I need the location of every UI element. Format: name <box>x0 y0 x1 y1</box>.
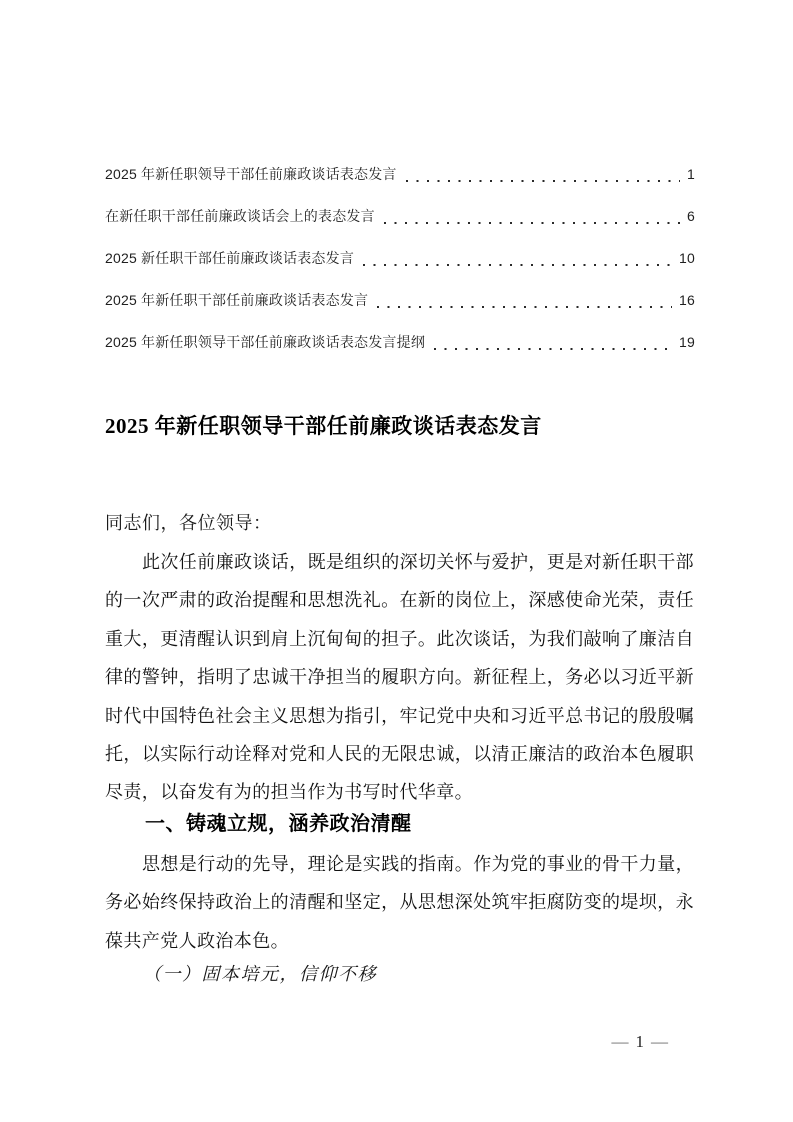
toc-entry[interactable]: 2025 年新任职领导干部任前廉政谈话表态发言提纲 19 <box>105 321 695 363</box>
toc-page-number: 1 <box>687 166 695 182</box>
toc-entry[interactable]: 2025 年新任职干部任前廉政谈话表态发言 16 <box>105 279 695 321</box>
toc-entry[interactable]: 在新任职干部任前廉政谈话会上的表态发言 6 <box>105 195 695 237</box>
toc-dot-leader <box>377 306 672 308</box>
toc-page-number: 16 <box>679 292 695 308</box>
toc-dot-leader <box>384 222 680 224</box>
subsection-heading-1-1: （一）固本培元，信仰不移 <box>105 962 694 986</box>
toc-entry-label: 2025 新任职干部任前廉政谈话表态发言 <box>105 248 354 268</box>
page-number-footer: —1— <box>612 1032 669 1052</box>
toc-page-number: 6 <box>687 208 695 224</box>
salutation-line: 同志们，各位领导： <box>105 511 694 535</box>
toc-entry-label: 2025 年新任职领导干部任前廉政谈话表态发言 <box>105 164 397 184</box>
toc-page-number: 19 <box>679 334 695 350</box>
section-heading-1: 一、铸魂立规，涵养政治清醒 <box>105 810 694 838</box>
footer-page-number: 1 <box>636 1032 645 1051</box>
footer-right-dash: — <box>651 1032 668 1051</box>
body-paragraph-1: 此次任前廉政谈话，既是组织的深切关怀与爱护，更是对新任职干部的一次严肃的政治提醒… <box>105 543 694 812</box>
toc-dot-leader <box>363 264 672 266</box>
document-page: 2025 年新任职领导干部任前廉政谈话表态发言 1 在新任职干部任前廉政谈话会上… <box>0 0 793 1122</box>
document-title: 2025 年新任职领导干部任前廉政谈话表态发言 <box>105 413 542 440</box>
table-of-contents: 2025 年新任职领导干部任前廉政谈话表态发言 1 在新任职干部任前廉政谈话会上… <box>105 153 695 363</box>
toc-entry-label: 2025 年新任职领导干部任前廉政谈话表态发言提纲 <box>105 332 425 352</box>
toc-dot-leader <box>406 180 680 182</box>
toc-entry[interactable]: 2025 新任职干部任前廉政谈话表态发言 10 <box>105 237 695 279</box>
footer-left-dash: — <box>612 1032 629 1051</box>
body-paragraph-2: 思想是行动的先导，理论是实践的指南。作为党的事业的骨干力量，务必始终保持政治上的… <box>105 845 694 960</box>
toc-entry-label: 在新任职干部任前廉政谈话会上的表态发言 <box>105 206 375 226</box>
toc-entry[interactable]: 2025 年新任职领导干部任前廉政谈话表态发言 1 <box>105 153 695 195</box>
toc-dot-leader <box>434 348 672 350</box>
toc-entry-label: 2025 年新任职干部任前廉政谈话表态发言 <box>105 290 368 310</box>
toc-page-number: 10 <box>679 250 695 266</box>
